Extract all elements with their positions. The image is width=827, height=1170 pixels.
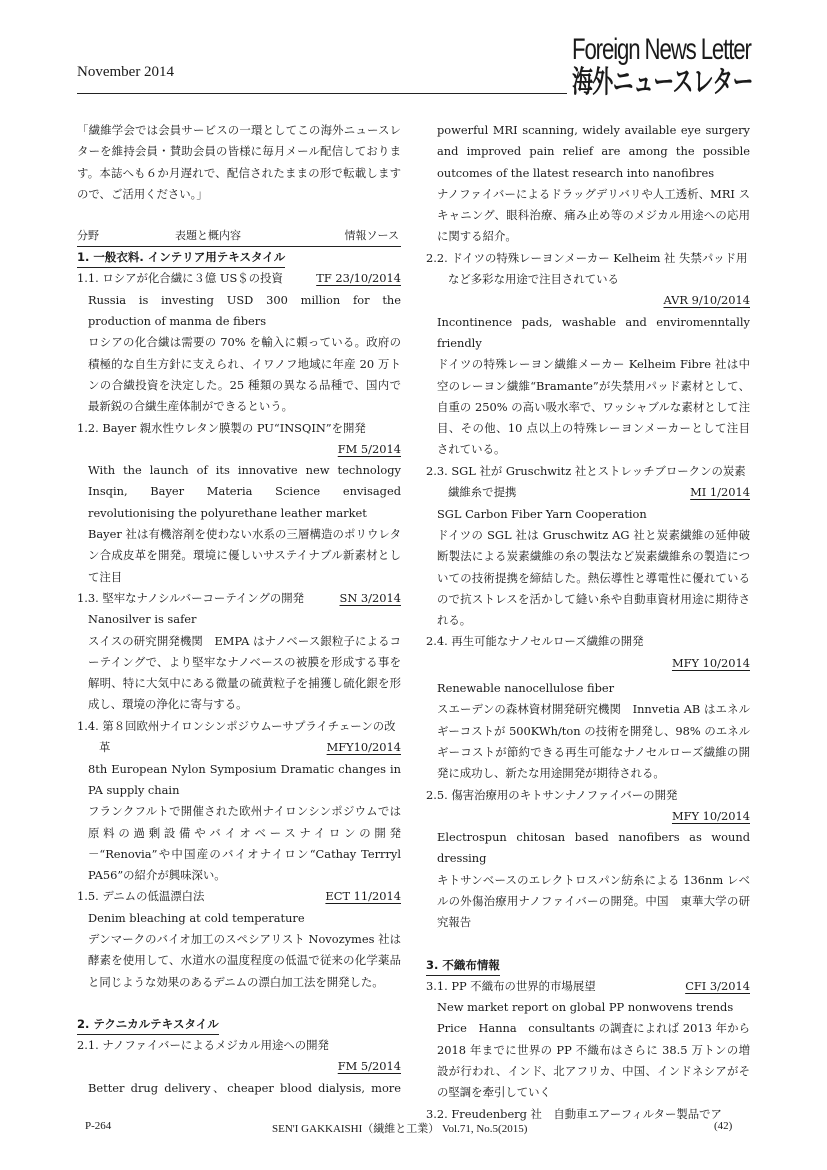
item-title: 1.2. Bayer 親水性ウレタン膜製の PU“INSQIN”を開発: [77, 418, 401, 439]
item-title: 2.4. 再生可能なナノセルローズ繊維の開発: [426, 631, 750, 652]
item-english-part2: powerful MRI scanning, widely available …: [426, 120, 750, 184]
news-item: 2.1. ナノファイバーによるメジカル用途への開発 FM 5/2014 Bett…: [77, 1035, 401, 1099]
item-source: SN 3/2014: [340, 588, 401, 609]
masthead: Foreign News Letter 海外ニュースレター: [572, 34, 762, 100]
item-english: New market report on global PP nonwovens…: [426, 997, 750, 1018]
item-title: 1.5. デニムの低温漂白法: [77, 886, 325, 907]
table-header: 分野 表題と概内容 情報ソース: [77, 226, 401, 247]
footer-page-number: (42): [714, 1120, 732, 1132]
news-item-continued: powerful MRI scanning, widely available …: [426, 120, 750, 248]
item-japanese: ロシアの化合繊は需要の 70% を輸入に頼っている。政府の積極的な自生方針に支え…: [77, 332, 401, 417]
news-item: 2.5. 傷害治療用のキトサンナノファイバーの開発 MFY 10/2014 El…: [426, 785, 750, 934]
item-source: AVR 9/10/2014: [664, 293, 751, 307]
item-source: FM 5/2014: [338, 442, 401, 456]
item-title: 3.1. PP 不織布の世界的市場展望: [426, 976, 685, 997]
item-title: 2.1. ナノファイバーによるメジカル用途への開発: [77, 1035, 401, 1056]
item-source: CFI 3/2014: [685, 976, 750, 997]
right-column: powerful MRI scanning, widely available …: [426, 120, 750, 1125]
item-english: 8th European Nylon Symposium Dramatic ch…: [77, 759, 401, 802]
item-english: With the launch of its innovative new te…: [77, 460, 401, 524]
item-title: 2.5. 傷害治療用のキトサンナノファイバーの開発: [426, 785, 750, 806]
section-title: 3. 不織布情報: [426, 955, 500, 976]
item-source: MFY 10/2014: [672, 809, 750, 823]
item-source: FM 5/2014: [338, 1059, 401, 1073]
item-japanese: キトサンベースのエレクトロスパン紡糸による 136nm レベルの外傷治療用ナノフ…: [426, 870, 750, 934]
item-japanese: デンマークのバイオ加工のスペシアリスト Novozymes 社は酵素を使用して、…: [77, 929, 401, 993]
item-english: Incontinence pads, washable and envirome…: [426, 312, 750, 355]
news-item: 1.3. 堅牢なナノシルバーコーテイングの開発 SN 3/2014 Nanosi…: [77, 588, 401, 716]
item-english: SGL Carbon Fiber Yarn Cooperation: [426, 504, 750, 525]
item-title: 1.1. ロシアが化合繊に３億 US＄の投資: [77, 268, 316, 289]
item-japanese: フランクフルトで開催された欧州ナイロンシンポジウムでは原料の過剰設備やバイオベー…: [77, 801, 401, 886]
item-japanese: ドイツの特殊レーヨン繊維メーカー Kelheim Fibre 社は中空のレーヨン…: [426, 354, 750, 460]
news-item: 2.2. ドイツの特殊レーヨンメーカー Kelheim 社 失禁パッド用など多彩…: [426, 248, 750, 461]
left-column: 「繊維学会では会員サービスの一環としてこの海外ニュースレターを維持会員・賛助会員…: [77, 120, 401, 1099]
news-item: 1.5. デニムの低温漂白法 ECT 11/2014 Denim bleachi…: [77, 886, 401, 992]
footer-page-code: P-264: [85, 1120, 111, 1132]
item-title: 2.2. ドイツの特殊レーヨンメーカー Kelheim 社 失禁パッド用など多彩…: [426, 248, 750, 291]
item-english: Denim bleaching at cold temperature: [77, 908, 401, 929]
news-item: 3.1. PP 不織布の世界的市場展望 CFI 3/2014 New marke…: [426, 976, 750, 1104]
header-title: 表題と概内容: [157, 226, 345, 246]
item-japanese: Bayer 社は有機溶剤を使わない水系の三層構造のポリウレタン合成皮革を開発。環…: [77, 524, 401, 588]
masthead-english: Foreign News Letter: [572, 34, 713, 66]
item-english: Russia is investing USD 300 million for …: [77, 290, 401, 333]
item-english: Nanosilver is safer: [77, 609, 401, 630]
item-english: Renewable nanocellulose fiber: [426, 678, 750, 699]
section-title: 2. テクニカルテキスタイル: [77, 1014, 219, 1035]
footer-journal: SEN'I GAKKAISHI（繊維と工業） Vol.71, No.5(2015…: [272, 1120, 527, 1136]
news-item: 1.1. ロシアが化合繊に３億 US＄の投資 TF 23/10/2014 Rus…: [77, 268, 401, 417]
header-field: 分野: [77, 226, 157, 246]
item-source: TF 23/10/2014: [316, 268, 401, 289]
item-japanese: Price Hanna consultants の調査によれば 2013 年から…: [426, 1018, 750, 1103]
header-rule: [77, 93, 567, 94]
news-item: 1.2. Bayer 親水性ウレタン膜製の PU“INSQIN”を開発 FM 5…: [77, 418, 401, 588]
section-title: 1. 一般衣料. インテリア用テキスタイル: [77, 247, 285, 268]
item-source: MI 1/2014: [690, 485, 750, 499]
header-date: November 2014: [77, 64, 174, 81]
item-japanese: ドイツの SGL 社は Gruschwitz AG 社と炭素繊維の延伸破断製法に…: [426, 525, 750, 631]
intro-text: 「繊維学会では会員サービスの一環としてこの海外ニュースレターを維持会員・賛助会員…: [77, 120, 401, 205]
item-title: 1.3. 堅牢なナノシルバーコーテイングの開発: [77, 588, 340, 609]
item-english-part1: Better drug delivery、cheaper blood dialy…: [77, 1078, 401, 1099]
item-japanese: スエーデンの森林資材開発研究機関 Innvetia AB はエネルギーコストが …: [426, 699, 750, 784]
masthead-japanese: 海外ニュースレター: [572, 66, 705, 100]
item-japanese: ナノファイバーによるドラッグデリバリや人工透析、MRI スキャニング、眼科治療、…: [426, 184, 750, 248]
news-item: 2.3. SGL 社が Gruschwitz 社とストレッチブロークンの炭素繊維…: [426, 461, 750, 632]
item-source: MFY10/2014: [327, 740, 401, 754]
item-english: Electrospun chitosan based nanofibers as…: [426, 827, 750, 870]
news-item: 1.4. 第８回欧州ナイロンシンポジウムーサプライチェーンの改革 MFY10/2…: [77, 716, 401, 887]
item-japanese: スイスの研究開発機関 EMPA はナノベース銀粒子によるコーテイングで、より堅牢…: [77, 631, 401, 716]
news-item: 2.4. 再生可能なナノセルローズ繊維の開発 MFY 10/2014 Renew…: [426, 631, 750, 784]
header-source: 情報ソース: [345, 226, 399, 246]
item-source: MFY 10/2014: [672, 656, 750, 670]
item-source: ECT 11/2014: [325, 886, 401, 907]
